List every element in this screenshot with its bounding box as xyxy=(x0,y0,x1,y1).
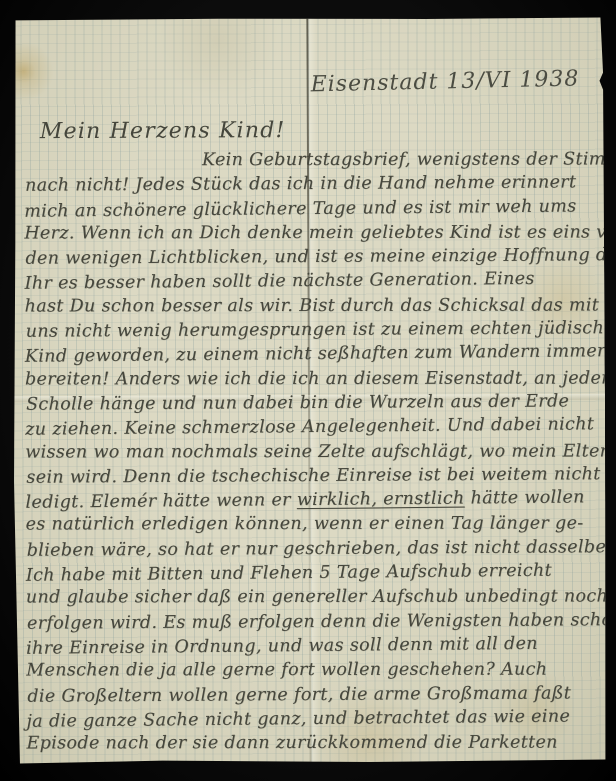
photo-background: Eisenstadt 13/VI 1938 Mein Herzens Kind!… xyxy=(0,0,616,781)
letter-line: Kein Geburtstagsbrief, wenigstens der St… xyxy=(24,147,602,172)
letter-body: Kein Geburtstagsbrief, wenigstens der St… xyxy=(24,147,605,757)
letter-line: ja die ganze Sache nicht ganz, und betra… xyxy=(26,704,604,734)
dateline: Eisenstadt 13/VI 1938 xyxy=(311,66,580,97)
letter-line: Kind geworden, zu einem nicht seßhaften … xyxy=(25,340,603,370)
letter-line: Ich habe mit Bitten und Flehen 5 Tage Au… xyxy=(26,558,604,588)
letter-paper: Eisenstadt 13/VI 1938 Mein Herzens Kind!… xyxy=(11,17,606,765)
letter-line-segment: ledigt. Elemér hätte wenn er xyxy=(25,490,296,513)
letter-line: wissen wo man nochmals seine Zelte aufsc… xyxy=(25,439,603,464)
letter-line: bereiten! Anders wie ich die ich an dies… xyxy=(25,366,603,391)
letter-line: es natürlich erledigen können, wenn er e… xyxy=(26,512,604,537)
letter-line: Episode nach der sie dann zurückkommend … xyxy=(27,731,605,756)
letter-line: und glaube sicher daß ein genereller Auf… xyxy=(26,585,604,610)
letter-line: Herz. Wenn ich an Dich denke mein gelieb… xyxy=(24,220,602,245)
letter-line: ihre Einreise in Ordnung, und was soll d… xyxy=(26,631,604,661)
letter-line: Ihr es besser haben sollt die nächste Ge… xyxy=(24,267,602,297)
letter-line-segment: hätte wollen xyxy=(465,488,585,509)
letter-line: Menschen die ja alle gerne fort wollen g… xyxy=(26,658,604,683)
salutation: Mein Herzens Kind! xyxy=(40,118,286,144)
letter-line: hast Du schon besser als wir. Bist durch… xyxy=(25,293,603,318)
letter-line: mich an schönere glücklichere Tage und e… xyxy=(24,194,602,224)
underlined-phrase: wirklich, ernstlich xyxy=(297,489,465,511)
letter-line: zu ziehen. Keine schmerzlose Angelegenhe… xyxy=(25,412,603,442)
